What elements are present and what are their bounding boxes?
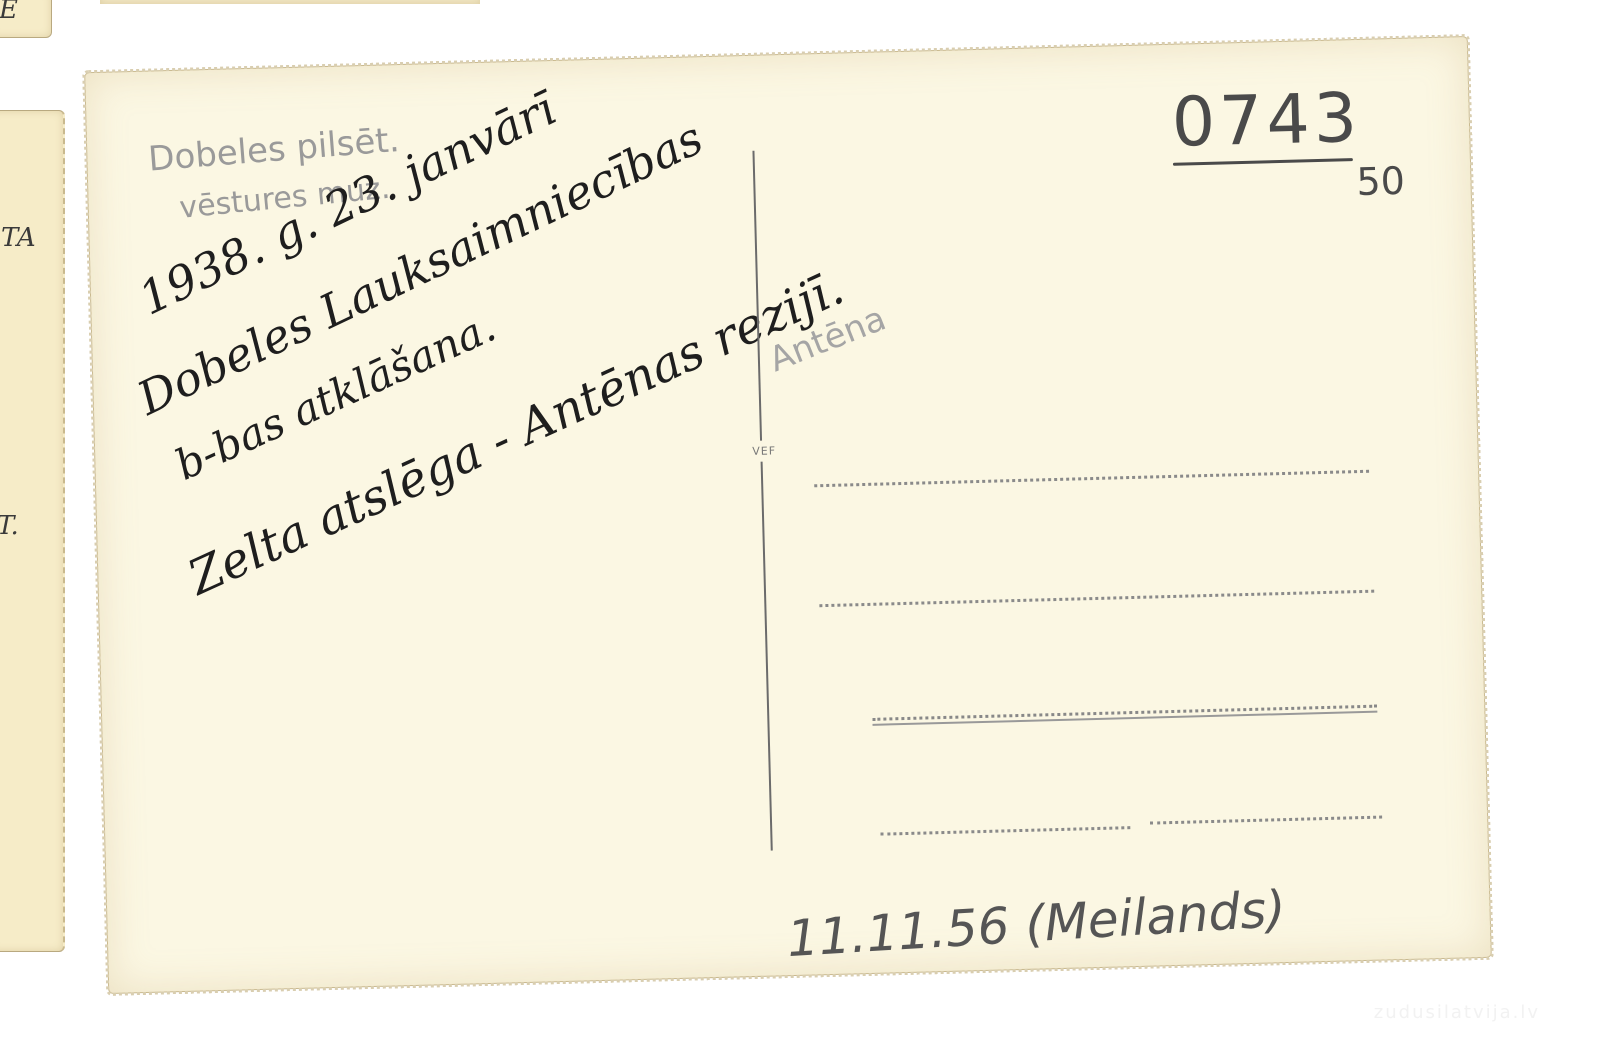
postcard-divider-line — [752, 151, 772, 851]
publisher-mark: VEF — [752, 440, 771, 461]
catalog-number: 0743 — [1171, 85, 1362, 158]
scan-canvas: E TA T. Dobeles pilsēt. vēstures muz. 19… — [0, 0, 1600, 1055]
neighbor-card-left-text-1: TA — [1, 223, 36, 253]
watermark: zudusilatvija.lv — [1374, 1002, 1540, 1023]
footer-pencil-note: 11.11.56 (Meilands) — [785, 880, 1287, 968]
postcard-back: Dobeles pilsēt. vēstures muz. 1938. g. 2… — [85, 37, 1491, 993]
neighbor-card-left-text-2: T. — [0, 511, 19, 541]
address-line-2 — [819, 590, 1374, 608]
catalog-sub-number: 50 — [1356, 159, 1405, 204]
neighbor-card-top-text: E — [0, 0, 18, 25]
address-line-3 — [872, 705, 1377, 721]
address-line-1 — [814, 470, 1369, 488]
address-line-4b — [1150, 816, 1382, 825]
publisher-mark-text: VEF — [752, 444, 776, 458]
address-line-4a — [880, 826, 1130, 836]
neighbor-card-left: TA T. — [0, 110, 65, 952]
neighbor-card-top: E — [0, 0, 52, 38]
neighbor-card-top-strip — [100, 0, 480, 4]
